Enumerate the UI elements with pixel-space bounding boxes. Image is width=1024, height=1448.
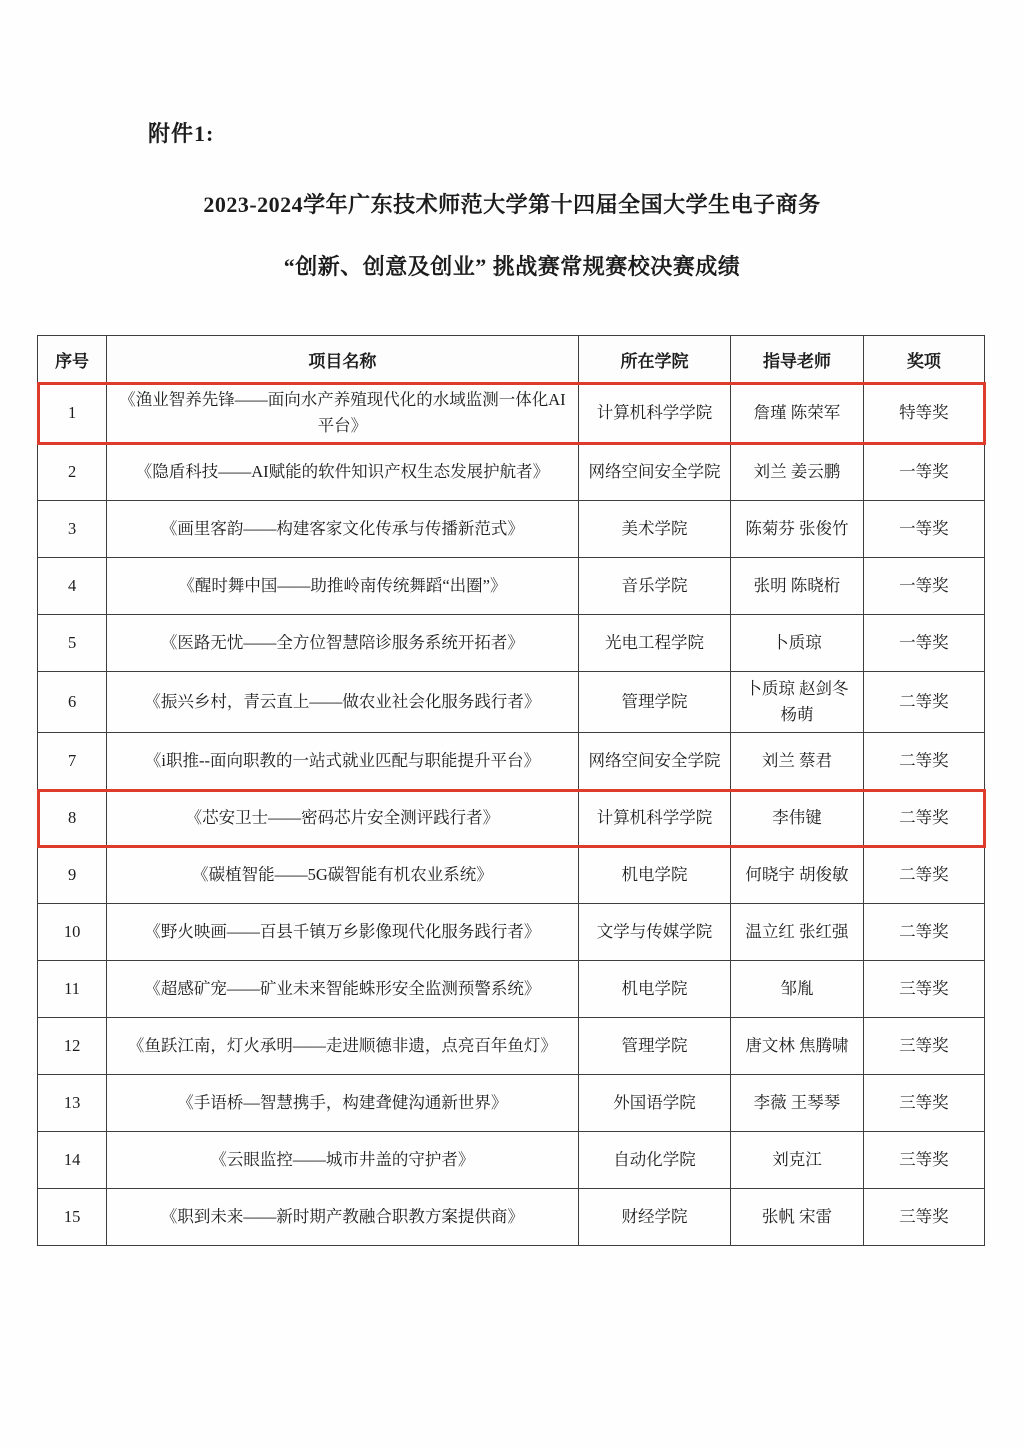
project-name-cell: 《医路无忧——全方位智慧陪诊服务系统开拓者》 (107, 615, 579, 672)
award-level-cell: 二等奖 (863, 847, 984, 904)
row-number-cell: 12 (38, 1018, 107, 1075)
award-level-cell: 一等奖 (863, 501, 984, 558)
award-level-cell: 二等奖 (863, 904, 984, 961)
row-number-cell: 6 (38, 672, 107, 733)
document-title-line2: “创新、创意及创业” 挑战赛常规赛校决赛成绩 (0, 250, 1024, 281)
advisor-names-cell: 刘克江 (731, 1132, 864, 1189)
advisor-names-cell: 刘兰 姜云鹏 (731, 444, 864, 501)
project-name-cell: 《振兴乡村，青云直上——做农业社会化服务践行者》 (107, 672, 579, 733)
table-row: 3《画里客韵——构建客家文化传承与传播新范式》美术学院陈菊芬 张俊竹一等奖 (38, 501, 985, 558)
college-name-cell: 音乐学院 (578, 558, 730, 615)
project-name-cell: 《手语桥—智慧携手，构建聋健沟通新世界》 (107, 1075, 579, 1132)
table-row: 4《醒时舞中国——助推岭南传统舞蹈“出圈”》音乐学院张明 陈晓桁一等奖 (38, 558, 985, 615)
project-name-cell: 《鱼跃江南，灯火承明——走进顺德非遗，点亮百年鱼灯》 (107, 1018, 579, 1075)
award-level-cell: 二等奖 (863, 790, 984, 847)
column-header-project: 项目名称 (107, 336, 579, 383)
attachment-label: 附件1: (148, 117, 214, 148)
college-name-cell: 网络空间安全学院 (578, 733, 730, 790)
college-name-cell: 自动化学院 (578, 1132, 730, 1189)
award-level-cell: 三等奖 (863, 1132, 984, 1189)
table-row: 14《云眼监控——城市井盖的守护者》自动化学院刘克江三等奖 (38, 1132, 985, 1189)
college-name-cell: 计算机科学学院 (578, 790, 730, 847)
row-number-cell: 1 (38, 383, 107, 444)
project-name-cell: 《碳植智能——5G碳智能有机农业系统》 (107, 847, 579, 904)
row-number-cell: 7 (38, 733, 107, 790)
award-level-cell: 二等奖 (863, 733, 984, 790)
award-level-cell: 一等奖 (863, 615, 984, 672)
college-name-cell: 文学与传媒学院 (578, 904, 730, 961)
row-number-cell: 13 (38, 1075, 107, 1132)
table-row: 13《手语桥—智慧携手，构建聋健沟通新世界》外国语学院李薇 王琴琴三等奖 (38, 1075, 985, 1132)
award-level-cell: 三等奖 (863, 961, 984, 1018)
row-number-cell: 4 (38, 558, 107, 615)
row-number-cell: 14 (38, 1132, 107, 1189)
table-row: 5《医路无忧——全方位智慧陪诊服务系统开拓者》光电工程学院卜质琼一等奖 (38, 615, 985, 672)
advisor-names-cell: 张明 陈晓桁 (731, 558, 864, 615)
project-name-cell: 《超感矿宠——矿业未来智能蛛形安全监测预警系统》 (107, 961, 579, 1018)
advisor-names-cell: 邹胤 (731, 961, 864, 1018)
row-number-cell: 2 (38, 444, 107, 501)
college-name-cell: 机电学院 (578, 847, 730, 904)
award-level-cell: 三等奖 (863, 1075, 984, 1132)
award-level-cell: 特等奖 (863, 383, 984, 444)
advisor-names-cell: 李伟键 (731, 790, 864, 847)
project-name-cell: 《芯安卫士——密码芯片安全测评践行者》 (107, 790, 579, 847)
document-title-line1: 2023-2024学年广东技术师范大学第十四届全国大学生电子商务 (0, 188, 1024, 219)
award-level-cell: 二等奖 (863, 672, 984, 733)
row-number-cell: 5 (38, 615, 107, 672)
college-name-cell: 网络空间安全学院 (578, 444, 730, 501)
college-name-cell: 管理学院 (578, 672, 730, 733)
award-level-cell: 三等奖 (863, 1018, 984, 1075)
college-name-cell: 管理学院 (578, 1018, 730, 1075)
results-table: 序号 项目名称 所在学院 指导老师 奖项 1《渔业智养先锋——面向水产养殖现代化… (37, 335, 985, 1246)
college-name-cell: 光电工程学院 (578, 615, 730, 672)
advisor-names-cell: 卜质琼 (731, 615, 864, 672)
advisor-names-cell: 刘兰 蔡君 (731, 733, 864, 790)
table-header-row: 序号 项目名称 所在学院 指导老师 奖项 (38, 336, 985, 383)
row-number-cell: 9 (38, 847, 107, 904)
project-name-cell: 《隐盾科技——AI赋能的软件知识产权生态发展护航者》 (107, 444, 579, 501)
row-number-cell: 8 (38, 790, 107, 847)
college-name-cell: 财经学院 (578, 1189, 730, 1246)
results-table-body: 1《渔业智养先锋——面向水产养殖现代化的水域监测一体化AI平台》计算机科学学院詹… (38, 383, 985, 1246)
row-number-cell: 3 (38, 501, 107, 558)
college-name-cell: 机电学院 (578, 961, 730, 1018)
project-name-cell: 《i职推--面向职教的一站式就业匹配与职能提升平台》 (107, 733, 579, 790)
column-header-advisor: 指导老师 (731, 336, 864, 383)
advisor-names-cell: 张帆 宋雷 (731, 1189, 864, 1246)
document-title: 2023-2024学年广东技术师范大学第十四届全国大学生电子商务 “创新、创意及… (0, 188, 1024, 281)
college-name-cell: 计算机科学学院 (578, 383, 730, 444)
award-level-cell: 一等奖 (863, 558, 984, 615)
project-name-cell: 《职到未来——新时期产教融合职教方案提供商》 (107, 1189, 579, 1246)
table-row: 1《渔业智养先锋——面向水产养殖现代化的水域监测一体化AI平台》计算机科学学院詹… (38, 383, 985, 444)
column-header-award: 奖项 (863, 336, 984, 383)
advisor-names-cell: 温立红 张红强 (731, 904, 864, 961)
column-header-college: 所在学院 (578, 336, 730, 383)
project-name-cell: 《野火映画——百县千镇万乡影像现代化服务践行者》 (107, 904, 579, 961)
project-name-cell: 《渔业智养先锋——面向水产养殖现代化的水域监测一体化AI平台》 (107, 383, 579, 444)
table-row: 9《碳植智能——5G碳智能有机农业系统》机电学院何晓宇 胡俊敏二等奖 (38, 847, 985, 904)
table-row: 11《超感矿宠——矿业未来智能蛛形安全监测预警系统》机电学院邹胤三等奖 (38, 961, 985, 1018)
table-row: 10《野火映画——百县千镇万乡影像现代化服务践行者》文学与传媒学院温立红 张红强… (38, 904, 985, 961)
table-row: 7《i职推--面向职教的一站式就业匹配与职能提升平台》网络空间安全学院刘兰 蔡君… (38, 733, 985, 790)
row-number-cell: 10 (38, 904, 107, 961)
table-row: 15《职到未来——新时期产教融合职教方案提供商》财经学院张帆 宋雷三等奖 (38, 1189, 985, 1246)
college-name-cell: 美术学院 (578, 501, 730, 558)
advisor-names-cell: 李薇 王琴琴 (731, 1075, 864, 1132)
advisor-names-cell: 陈菊芬 张俊竹 (731, 501, 864, 558)
advisor-names-cell: 詹瑾 陈荣军 (731, 383, 864, 444)
advisor-names-cell: 唐文林 焦腾啸 (731, 1018, 864, 1075)
table-row: 2《隐盾科技——AI赋能的软件知识产权生态发展护航者》网络空间安全学院刘兰 姜云… (38, 444, 985, 501)
project-name-cell: 《画里客韵——构建客家文化传承与传播新范式》 (107, 501, 579, 558)
award-level-cell: 一等奖 (863, 444, 984, 501)
column-header-number: 序号 (38, 336, 107, 383)
project-name-cell: 《云眼监控——城市井盖的守护者》 (107, 1132, 579, 1189)
table-row: 12《鱼跃江南，灯火承明——走进顺德非遗，点亮百年鱼灯》管理学院唐文林 焦腾啸三… (38, 1018, 985, 1075)
award-level-cell: 三等奖 (863, 1189, 984, 1246)
document-page: 附件1: 2023-2024学年广东技术师范大学第十四届全国大学生电子商务 “创… (0, 0, 1024, 1448)
row-number-cell: 11 (38, 961, 107, 1018)
table-row: 8《芯安卫士——密码芯片安全测评践行者》计算机科学学院李伟键二等奖 (38, 790, 985, 847)
college-name-cell: 外国语学院 (578, 1075, 730, 1132)
results-table-container: 序号 项目名称 所在学院 指导老师 奖项 1《渔业智养先锋——面向水产养殖现代化… (37, 335, 985, 1246)
row-number-cell: 15 (38, 1189, 107, 1246)
table-row: 6《振兴乡村，青云直上——做农业社会化服务践行者》管理学院卜质琼 赵剑冬 杨萌二… (38, 672, 985, 733)
project-name-cell: 《醒时舞中国——助推岭南传统舞蹈“出圈”》 (107, 558, 579, 615)
advisor-names-cell: 何晓宇 胡俊敏 (731, 847, 864, 904)
advisor-names-cell: 卜质琼 赵剑冬 杨萌 (731, 672, 864, 733)
